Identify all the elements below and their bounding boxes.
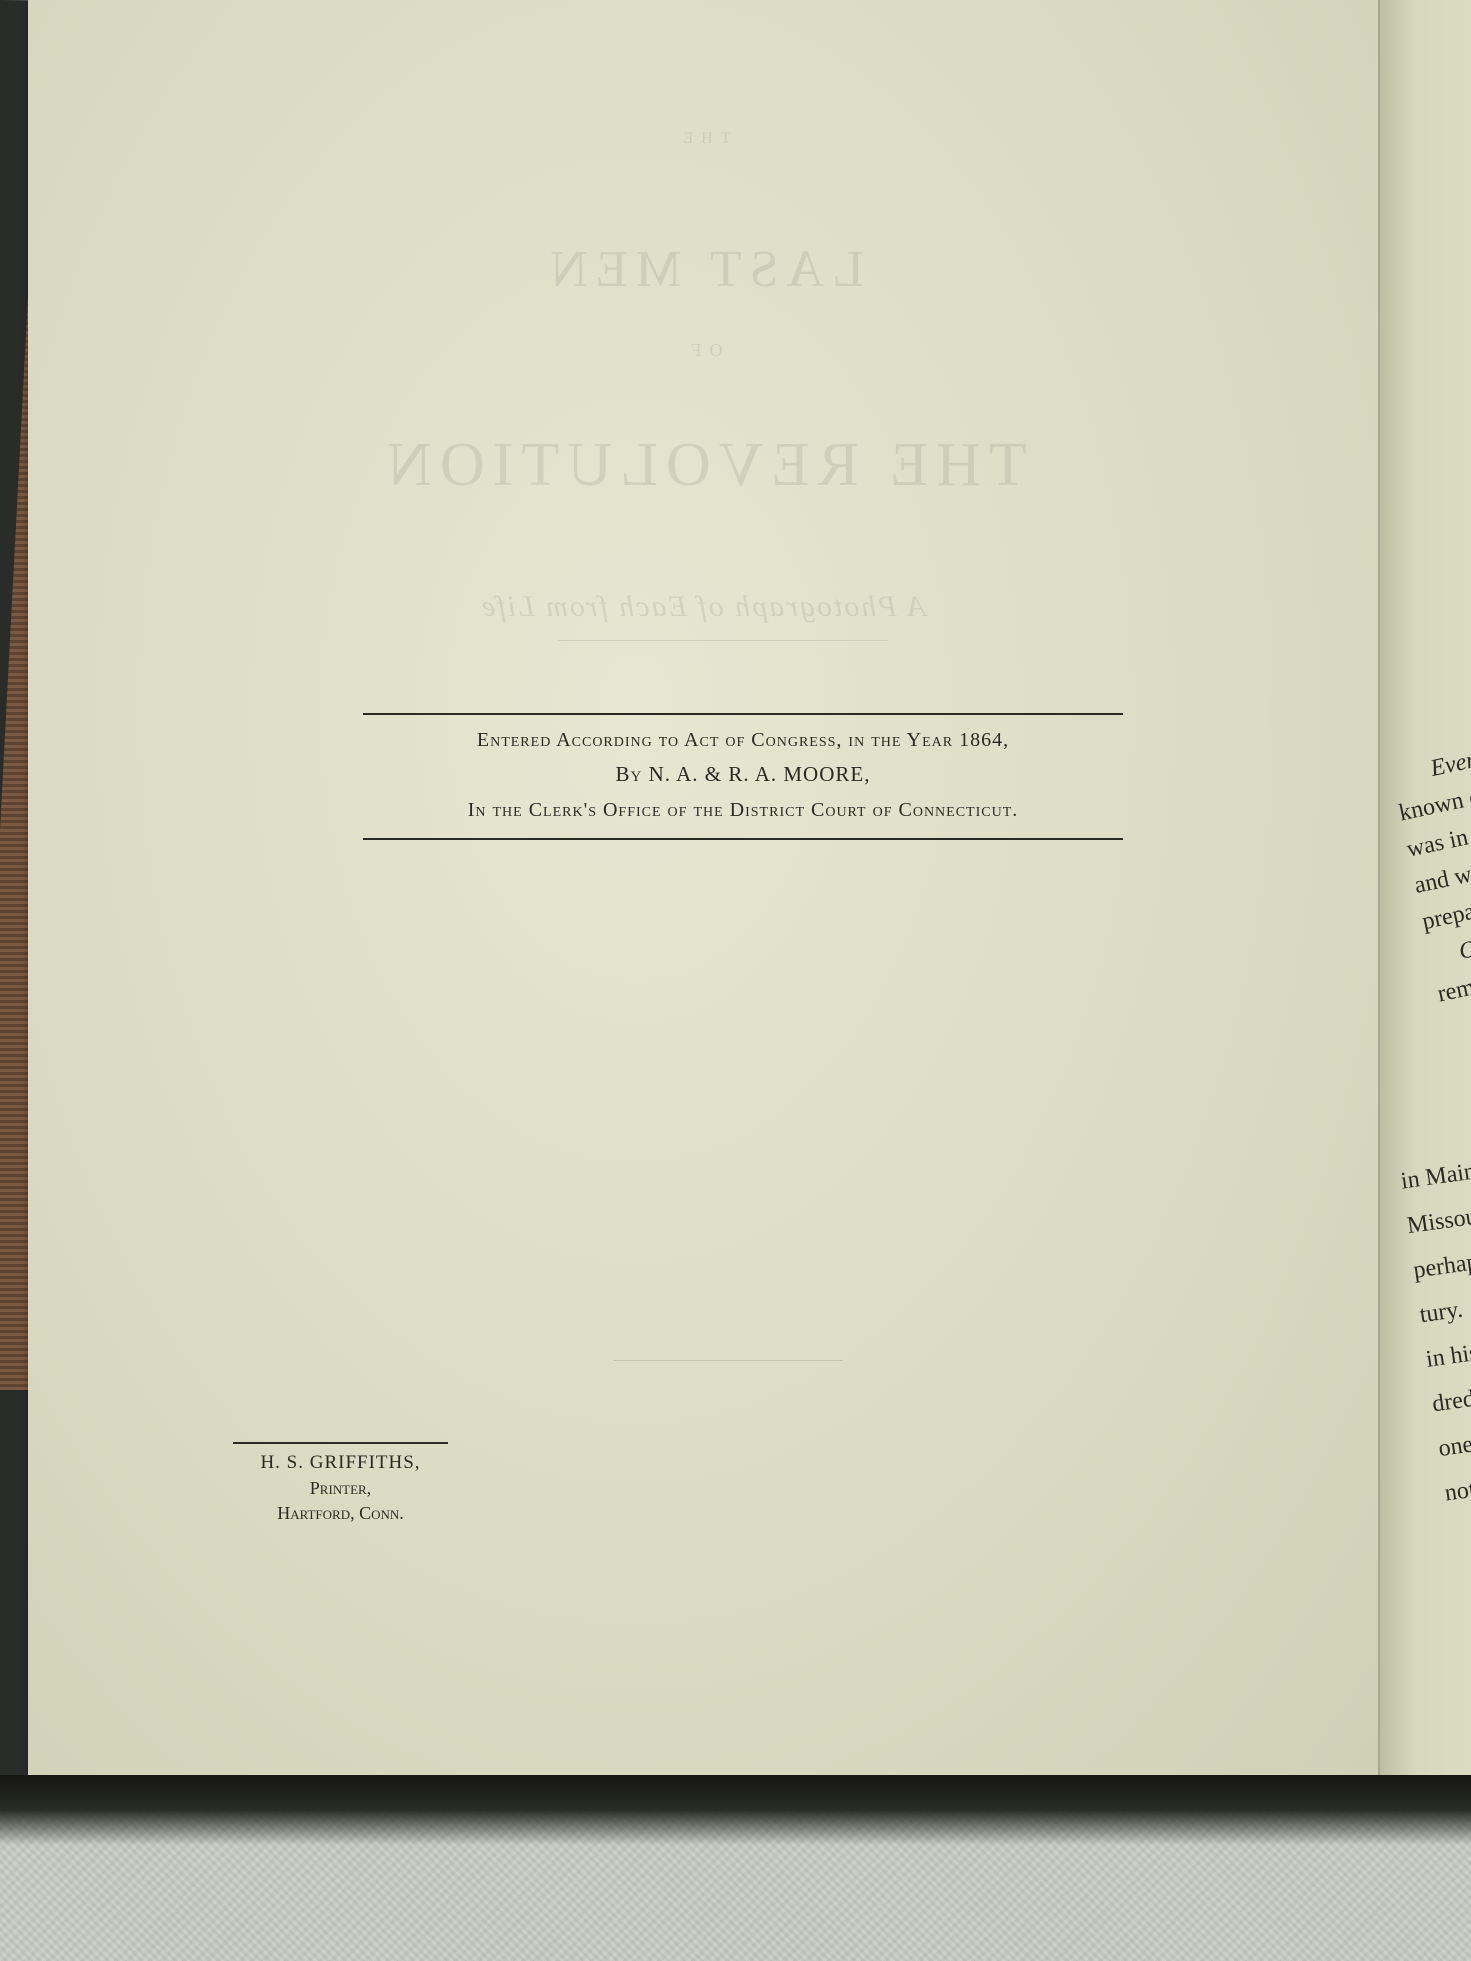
text-fragment: Every A xyxy=(1427,730,1471,788)
copyright-line-3: In the Clerk's Office of the District Co… xyxy=(363,799,1123,822)
printer-location: Hartford, Conn. xyxy=(233,1503,448,1524)
left-page: THE LAST MEN OF THE REVOLUTION A Photogr… xyxy=(28,0,1381,1775)
bleed-through-line: OF xyxy=(28,340,1378,361)
printer-role: Printer, xyxy=(233,1478,448,1499)
top-rule xyxy=(363,713,1123,715)
facing-page-text: Every A known of t was in thi and with p… xyxy=(1388,738,1471,1013)
bleed-through-line: A Photograph of Each from Life xyxy=(28,590,1378,624)
bleed-through-rule xyxy=(613,1360,843,1361)
copyright-line-1: Entered According to Act of Congress, in… xyxy=(363,729,1123,752)
copyright-line-2: By N. A. & R. A. MOORE, xyxy=(363,762,1123,787)
facing-page-text-lower: in Maine Missouri perhaps tury. in his o… xyxy=(1398,1148,1471,1516)
facing-page: Every A known of t was in thi and with p… xyxy=(1378,0,1471,1800)
bleed-through-line: LAST MEN xyxy=(28,240,1378,299)
imprint-rule xyxy=(233,1442,448,1444)
bleed-through-rule xyxy=(558,640,888,641)
printer-name: H. S. GRIFFITHS, xyxy=(233,1452,448,1474)
bleed-through-line: THE REVOLUTION xyxy=(28,430,1378,501)
bottom-rule xyxy=(363,838,1123,840)
copyright-notice: Entered According to Act of Congress, in… xyxy=(363,713,1123,840)
printer-imprint: H. S. GRIFFITHS, Printer, Hartford, Conn… xyxy=(233,1442,448,1524)
page-bottom-shadow xyxy=(0,1775,1471,1845)
bleed-through-line: THE xyxy=(28,130,1378,148)
